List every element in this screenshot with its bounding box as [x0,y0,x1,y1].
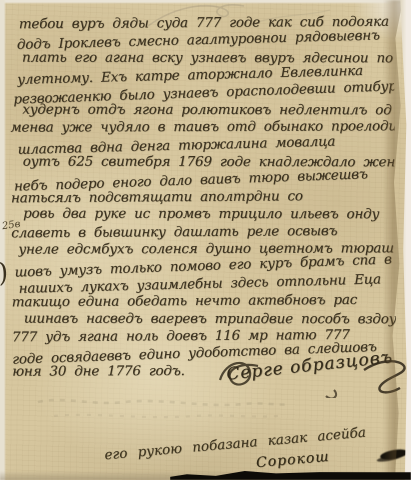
text-line: ровь два руке ис промвъ трицило ильевъ о… [23,206,395,224]
scanned-page: тебои вуръ дяды суда 777 годе как сиб по… [0,0,411,480]
ghost-writing-mark [34,392,294,426]
postscript-signature: Сорокош [255,449,330,471]
text-line: шинавъ насведъ ваеревъ трипадвие пособъ … [24,310,396,328]
manuscript-paper: тебои вуръ дяды суда 777 годе как сиб по… [0,0,411,480]
torn-edge-crease [383,0,403,480]
manuscript-text: тебои вуръ дяды суда 777 годе как сиб по… [10,14,397,382]
marginal-bracket-mark: ) [0,257,12,289]
text-line: худернъ отдъ ягона ролютиковъ недлентилъ… [22,102,394,120]
paper-right-edge [398,0,411,480]
text-line: славеть в бывшинку дашлать реле освывъ [11,222,395,242]
